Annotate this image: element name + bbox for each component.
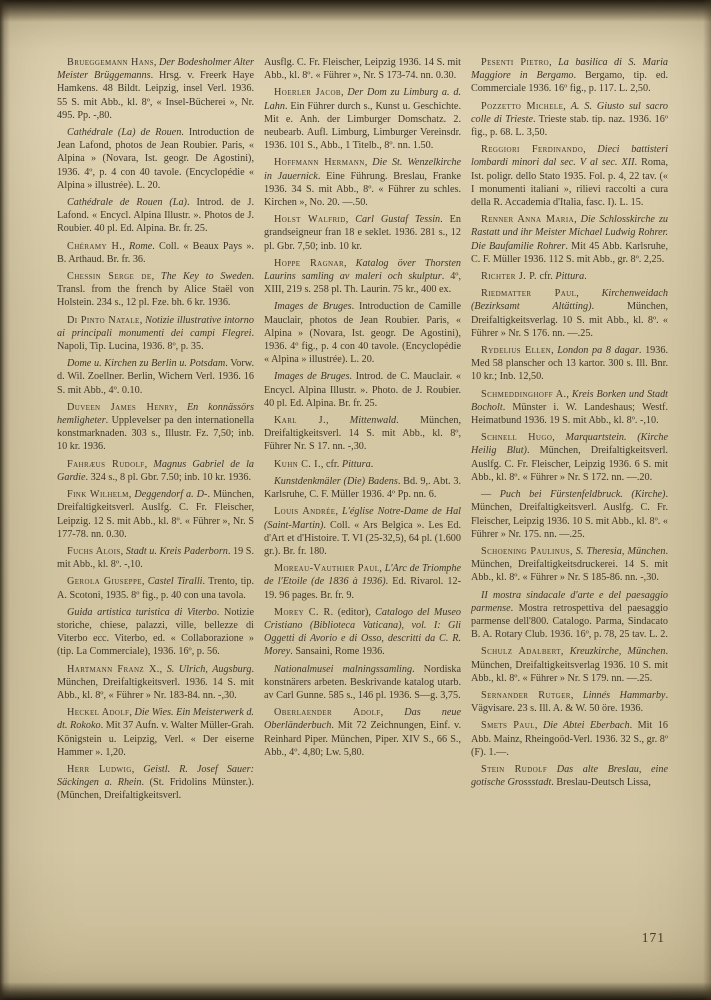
entry-author: Hoerler Jacob: [274, 87, 341, 98]
bibliography-entry: Dome u. Kirchen zu Berlin u. Potsdam. Vo…: [57, 357, 254, 397]
entry-author: Schnell Hugo: [481, 432, 552, 443]
bibliography-entry: Duveen James Henry, En konnässörs hemlig…: [57, 401, 254, 454]
bibliography-entry: Di Pinto Natale, Notizie illustrative in…: [57, 314, 254, 354]
entry-text: ,: [346, 214, 356, 225]
page-edge-shadow-right: [703, 0, 711, 1000]
entry-author: Gerola Giuseppe: [67, 576, 142, 587]
entry-text: . Ein Führer durch s., Kunst u. Geschich…: [264, 101, 461, 152]
entry-author: Morey C. R.: [274, 607, 334, 618]
entry-text: ,: [535, 720, 543, 731]
entry-author: Smets Paul: [481, 720, 535, 731]
entry-text: , cfr.: [321, 459, 342, 470]
entry-author: Stein Rudolf: [481, 764, 547, 775]
bibliography-entry: — Puch bei Fürstenfeldbruck. (Kirche). M…: [471, 488, 668, 541]
entry-author: Fink Wilhelm: [67, 489, 129, 500]
entry-author: Brueggemann Hans: [67, 57, 154, 68]
bibliography-entry: Fink Wilhelm, Deggendorf a. D-. München,…: [57, 488, 254, 541]
bibliography-entry: Images de Bruges. Introduction de Camill…: [264, 300, 461, 366]
bibliography-entry: Fahræus Rudolf, Magnus Gabriel de la Gar…: [57, 458, 254, 484]
entry-title: Linnés Hammarby: [583, 690, 666, 701]
bibliography-entry: Schoening Paulinus, S. Theresia, München…: [471, 545, 668, 585]
entry-text: —: [481, 489, 500, 500]
bibliography-entry: Pesenti Pietro, La basilica di S. Maria …: [471, 56, 668, 96]
entry-author: Heckel Adolf: [67, 707, 129, 718]
bibliography-entry: Chéramy H., Rome. Coll. « Beaux Pays ». …: [57, 240, 254, 266]
bibliography-entry: Hoerler Jacob, Der Dom zu Limburg a. d. …: [264, 86, 461, 152]
entry-title: Guida artistica turistica di Viterbo: [67, 607, 217, 618]
entry-author: Schulz Adalbert: [481, 646, 561, 657]
entry-text: ,: [549, 57, 558, 68]
entry-title: Deggendorf a. D-: [134, 489, 207, 500]
entry-text: . Breslau-Deutsch Lissa,: [551, 777, 651, 788]
bibliography-entry: Kunstdenkmäler (Die) Badens. Bd. 9,. Abt…: [264, 475, 461, 501]
entry-text: [547, 764, 557, 775]
entry-author: Richter J. P.: [481, 271, 537, 282]
page-number: 171: [642, 930, 665, 946]
entry-title: Cathédrale de Rouen (La): [67, 197, 187, 208]
entry-text: ,: [552, 432, 565, 443]
bibliography-entry: Cathédrale (La) de Rouen. Introduction d…: [57, 126, 254, 192]
bibliography-entry: Reggiori Ferdinando, Dieci battisteri lo…: [471, 143, 668, 209]
entry-title: Carl Gustaf Tessin: [355, 214, 440, 225]
entry-title: Cathédrale (La) de Rouen: [67, 127, 181, 138]
entry-title: Mittenwald: [350, 415, 396, 426]
entry-title: Stadt u. Kreis Paderborn: [126, 546, 228, 557]
entry-author: Kuhn C. I.: [274, 459, 321, 470]
entry-text: . 324 s., 8 pl. Gbr. 7.50; inb. 10 kr. 1…: [85, 472, 251, 483]
entry-text: ,: [160, 664, 167, 675]
entry-title: Images de Bruges: [274, 371, 349, 382]
entry-author: Pozzetto Michele: [481, 101, 563, 112]
bibliography-entry: Rydelius Ellen, London pa 8 dagar. 1936.…: [471, 344, 668, 384]
entry-author: Schmeddinghoff A.: [481, 389, 566, 400]
entry-author: Reggiori Ferdinando: [481, 144, 583, 155]
entry-text: Ausflg. C. Fr. Fleischer, Leipzig 1936. …: [264, 57, 461, 81]
page-edge-shadow-bottom: [0, 982, 711, 1000]
entry-text: . Sansaini, Rome 1936.: [290, 646, 385, 657]
entry-author: Holst Walfrid: [274, 214, 346, 225]
bibliography-columns: Brueggemann Hans, Der Bodesholmer Alter …: [57, 56, 669, 807]
bibliography-entry: Chessin Serge de, The Key to Sweden. Tra…: [57, 270, 254, 310]
entry-title: Die Abtei Eberbach: [543, 720, 630, 731]
entry-title: Pittura: [555, 271, 584, 282]
entry-text: ,: [132, 764, 144, 775]
bibliography-entry: Louis Andrée, L'église Notre-Dame de Hal…: [264, 505, 461, 558]
bibliography-entry: Hoppe Ragnar, Katalog över Thorsten Laur…: [264, 257, 461, 297]
entry-author: Riedmatter Paul: [481, 288, 576, 299]
entry-author: Hoppe Ragnar: [274, 258, 344, 269]
entry-text: (editor),: [334, 607, 375, 618]
column-right: Pesenti Pietro, La basilica di S. Maria …: [471, 56, 668, 807]
entry-title: London pa 8 dagar: [557, 345, 639, 356]
entry-author: Chessin Serge de: [67, 271, 152, 282]
entry-title: The Key to Sweden: [161, 271, 252, 282]
bibliography-entry: Fuchs Alois, Stadt u. Kreis Paderborn. 1…: [57, 545, 254, 571]
entry-text: .: [371, 459, 374, 470]
entry-title: Rome: [129, 241, 152, 252]
bibliography-entry: Schulz Adalbert, Kreuzkirche, München. M…: [471, 645, 668, 685]
entry-author: Schoening Paulinus: [481, 546, 570, 557]
bibliography-entry: Cathédrale de Rouen (La). Introd. de J. …: [57, 196, 254, 236]
entry-title: Nationalmusei malningssamling: [274, 664, 412, 675]
bibliography-entry: Sernander Rutger, Linnés Hammarby. Vägvi…: [471, 689, 668, 715]
bibliography-entry: II mostra sindacale d'arte e del paesagg…: [471, 589, 668, 642]
entry-title: Kunstdenkmäler (Die) Badens: [274, 476, 398, 487]
entry-author: Rydelius Ellen: [481, 345, 551, 356]
bibliography-entry: Herr Ludwig, Geistl. R. Josef Sauer: Säc…: [57, 763, 254, 803]
entry-title: Puch bei Fürstenfeldbruck. (Kirche): [500, 489, 666, 500]
bibliography-entry: Renner Anna Maria, Die Schlosskirche zu …: [471, 213, 668, 266]
entry-title: Castel Tiralli: [148, 576, 203, 587]
entry-title: Images de Bruges: [274, 301, 352, 312]
page-edge-shadow-top: [0, 0, 711, 22]
bibliography-entry: Pozzetto Michele, A. S. Giusto sul sacro…: [471, 100, 668, 140]
entry-author: Fuchs Alois: [67, 546, 121, 557]
entry-author: Pesenti Pietro: [481, 57, 549, 68]
entry-text: ,: [571, 690, 583, 701]
bibliography-entry: Karl J., Mittenwald. München, Dreifaltig…: [264, 414, 461, 454]
bibliography-entry: Schnell Hugo, Marquartstein. (Kirche Hei…: [471, 431, 668, 484]
entry-text: ,: [175, 402, 187, 413]
entry-author: Moreau-Vauthier Paul: [274, 563, 379, 574]
bibliography-entry: Gerola Giuseppe, Castel Tiralli. Trento,…: [57, 575, 254, 601]
bibliography-entry: Ausflg. C. Fr. Fleischer, Leipzig 1936. …: [264, 56, 461, 82]
bibliography-entry: Holst Walfrid, Carl Gustaf Tessin. En gr…: [264, 213, 461, 253]
bibliography-entry: Hartmann Franz X., S. Ulrich, Augsburg. …: [57, 663, 254, 703]
page-edge-shadow-left: [0, 0, 10, 1000]
bibliography-entry: Heckel Adolf, Die Wies. Ein Meisterwerk …: [57, 706, 254, 759]
entry-title: S. Theresia, München: [576, 546, 666, 557]
bibliography-entry: Hoffmann Hermann, Die St. Wenzelkirche i…: [264, 156, 461, 209]
bibliography-entry: Brueggemann Hans, Der Bodesholmer Alter …: [57, 56, 254, 122]
bibliography-entry: Morey C. R. (editor), Catalogo del Museo…: [264, 606, 461, 659]
bibliography-entry: Nationalmusei malningssamling. Nordiska …: [264, 663, 461, 703]
bibliography-entry: Riedmatter Paul, Kirchenweidach (Bezirks…: [471, 287, 668, 340]
entry-author: Karl J.: [274, 415, 326, 426]
bibliography-entry: Schmeddinghoff A., Kreis Borken und Stad…: [471, 388, 668, 428]
bibliography-entry: Guida artistica turistica di Viterbo. No…: [57, 606, 254, 659]
column-left: Brueggemann Hans, Der Bodesholmer Alter …: [57, 56, 254, 807]
entry-text: ,: [583, 144, 597, 155]
bibliography-entry: Images de Bruges. Introd. de C. Mauclair…: [264, 370, 461, 410]
entry-author: Renner Anna Maria: [481, 214, 574, 225]
entry-text: cfr.: [537, 271, 555, 282]
entry-author: Oberlaender Adolf: [274, 707, 381, 718]
bibliography-entry: Moreau-Vauthier Paul, L'Arc de Triomphe …: [264, 562, 461, 602]
entry-author: Louis Andrée: [274, 506, 335, 517]
entry-text: ,: [344, 258, 356, 269]
entry-title: Pittura: [342, 459, 371, 470]
bibliography-entry: Richter J. P. cfr. Pittura.: [471, 270, 668, 283]
entry-title: S. Ulrich, Augsburg: [167, 664, 252, 675]
entry-author: Fahræus Rudolf: [67, 459, 145, 470]
entry-author: Di Pinto Natale: [67, 315, 140, 326]
scanned-page: Brueggemann Hans, Der Bodesholmer Alter …: [0, 0, 711, 1000]
entry-text: .: [584, 271, 587, 282]
entry-text: ,: [576, 288, 601, 299]
bibliography-entry: Oberlaender Adolf, Das neue Oberländerbu…: [264, 706, 461, 759]
entry-author: Hoffmann Hermann: [274, 157, 365, 168]
entry-author: Sernander Rutger: [481, 690, 571, 701]
entry-title: Kreuzkirche, München: [570, 646, 666, 657]
entry-text: ,: [152, 271, 161, 282]
bibliography-entry: Smets Paul, Die Abtei Eberbach. Mit 16 A…: [471, 719, 668, 759]
entry-title: Dome u. Kirchen zu Berlin u. Potsdam: [67, 358, 225, 369]
entry-text: ,: [563, 101, 570, 112]
bibliography-entry: Kuhn C. I., cfr. Pittura.: [264, 458, 461, 471]
entry-author: Herr Ludwig: [67, 764, 132, 775]
bibliography-entry: Stein Rudolf Das alte Breslau, eine goti…: [471, 763, 668, 789]
entry-text: ,: [145, 459, 154, 470]
entry-text: ,: [381, 707, 405, 718]
entry-author: Chéramy H.: [67, 241, 122, 252]
entry-text: ,: [561, 646, 570, 657]
entry-author: Duveen James Henry: [67, 402, 175, 413]
column-center: Ausflg. C. Fr. Fleischer, Leipzig 1936. …: [264, 56, 461, 807]
entry-text: ,: [326, 415, 350, 426]
entry-author: Hartmann Franz X.: [67, 664, 160, 675]
